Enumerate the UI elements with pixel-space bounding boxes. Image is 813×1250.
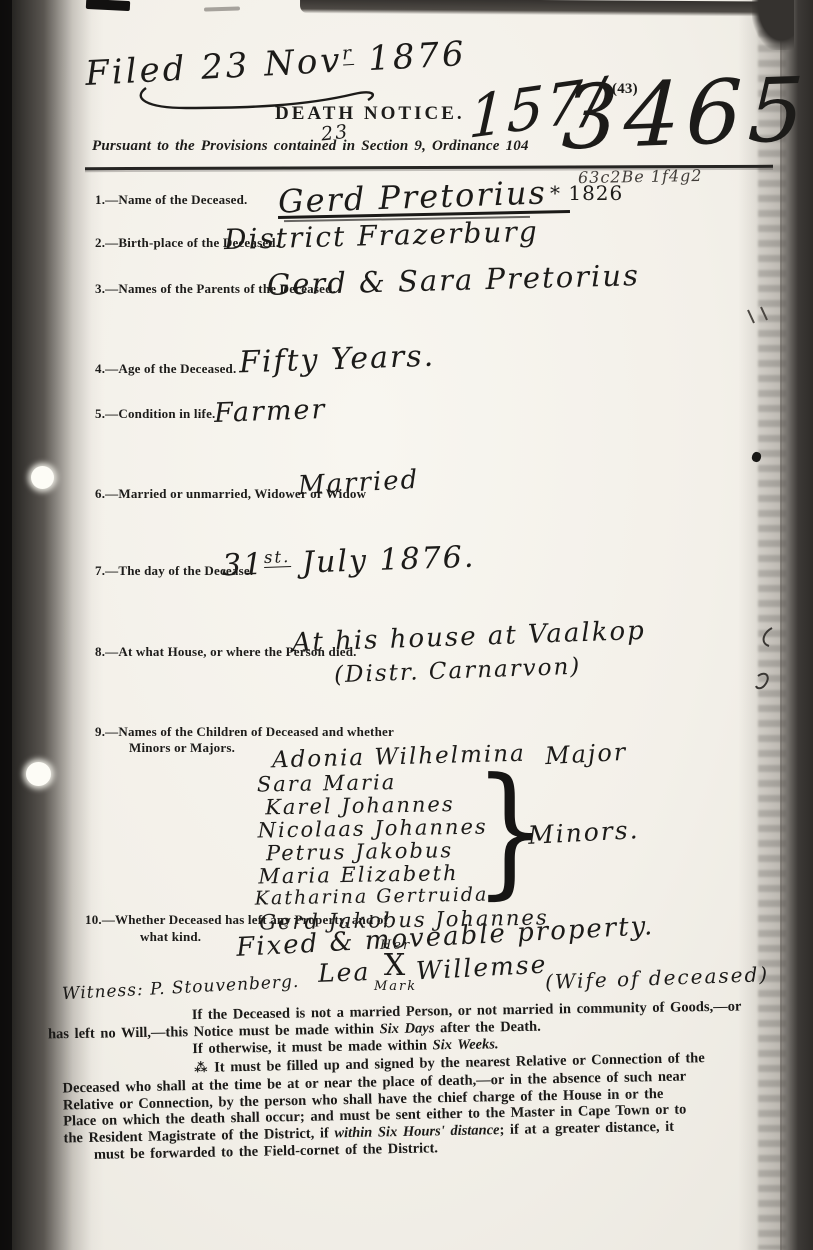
- p1l2-emphasis: Six Days: [380, 1020, 435, 1037]
- death-notice-scan: Filed 23 Novr 1876 DEATH NOTICE. 23 Purs…: [0, 0, 813, 1250]
- field3-value: Gerd & Sara Pretorius: [267, 258, 641, 302]
- asterism-mark: ⁂: [194, 1061, 209, 1076]
- signature-last-name: Willemse: [415, 950, 548, 986]
- margin-squiggle-marks: [742, 618, 788, 704]
- document-title: DEATH NOTICE.: [275, 103, 465, 125]
- mark-mark-label: Mark: [374, 979, 417, 994]
- scan-left-edge: [0, 0, 12, 1250]
- signature-mark-group: Her X Mark: [374, 938, 417, 994]
- field6-value: Married: [297, 465, 420, 501]
- death-day: 31: [221, 547, 264, 583]
- field9-label-line1: 9.—Names of the Children of Deceased and…: [95, 724, 394, 740]
- p1l3-emphasis: Six Weeks.: [432, 1036, 498, 1053]
- field5-value: Farmer: [213, 394, 326, 429]
- death-day-suffix: st.: [264, 547, 291, 568]
- field7-value: 31st. July 1876.: [221, 540, 475, 584]
- punch-hole-bottom: [26, 762, 51, 786]
- death-month-year: July 1876.: [290, 540, 476, 581]
- top-left-faint-mark: [204, 6, 240, 11]
- p2l5-post: ; if at a greater distance, it: [499, 1119, 674, 1138]
- child-major-status: Major: [544, 738, 628, 770]
- field8-value: At his house at Vaalkop: [292, 616, 647, 658]
- scan-top-shadow: [300, 0, 782, 17]
- signature-first-name: Lea: [318, 957, 371, 988]
- p2l5-emphasis: within Six Hours' distance: [334, 1122, 499, 1141]
- signature-mark-x: X: [374, 953, 417, 979]
- field9-label-line2: Minors or Majors.: [129, 740, 235, 756]
- field10-label-line1: 10.—Whether Deceased has left any Proper…: [85, 912, 388, 928]
- field4-value: Fifty Years.: [238, 339, 435, 381]
- field10-label-line2: what kind.: [140, 929, 201, 945]
- margin-tick-marks: [738, 302, 778, 350]
- field1-label: 1.—Name of the Deceased.: [95, 192, 247, 208]
- p1l3-pre: If otherwise, it must be made within: [192, 1037, 433, 1057]
- children-minor-status: Minors.: [527, 815, 640, 850]
- field8-district: (Distr. Carnarvon): [334, 654, 582, 689]
- scan-top-right-blob: [752, 0, 794, 50]
- file-number: 3465: [560, 58, 811, 170]
- footer-paragraph-2: ⁂ It must be filled up and signed by the…: [54, 1049, 748, 1164]
- p1l2-post: after the Death.: [434, 1018, 541, 1036]
- field1-birthyear-note: * 1826: [550, 181, 623, 205]
- signature-qualifier: (Wife of deceased): [545, 962, 770, 994]
- field4-label: 4.—Age of the Deceased.: [95, 361, 236, 377]
- field2-value: District Frazerburg: [224, 215, 539, 256]
- document-subtitle: Pursuant to the Provisions contained in …: [92, 138, 529, 155]
- punch-hole-top: [31, 466, 54, 489]
- filed-year: 1876: [353, 34, 467, 80]
- field5-label: 5.—Condition in life.: [95, 406, 216, 422]
